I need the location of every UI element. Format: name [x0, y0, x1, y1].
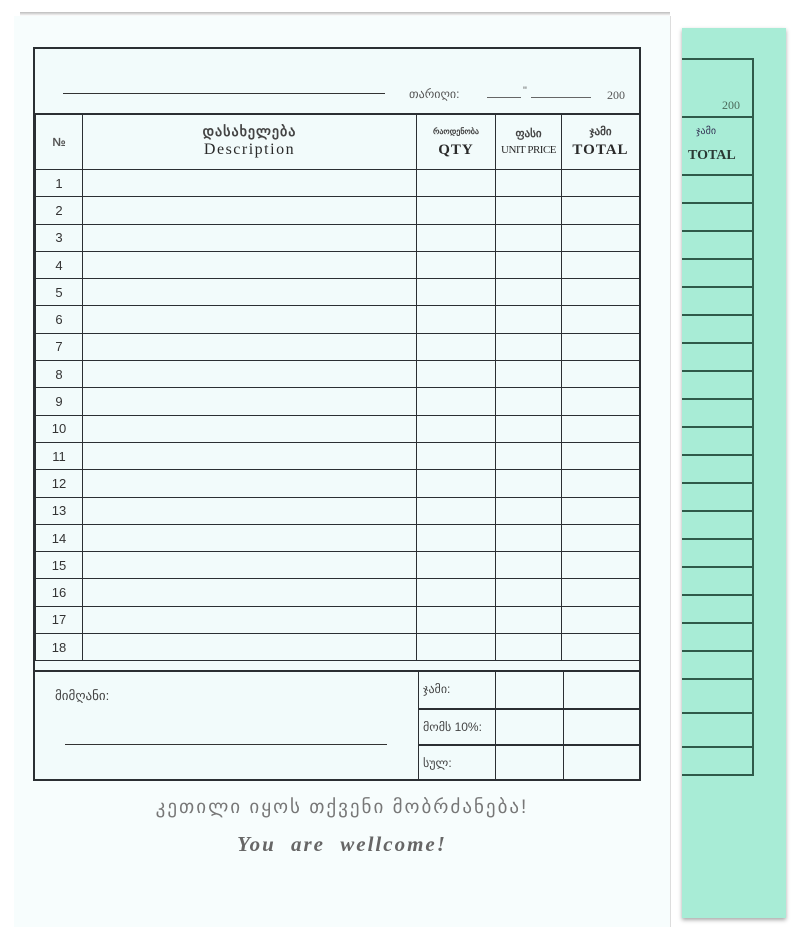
description-cell[interactable]: [83, 170, 417, 197]
unit-price-cell[interactable]: [496, 606, 562, 633]
unit-price-cell[interactable]: [496, 197, 562, 224]
copy-row-line: [682, 650, 754, 652]
description-cell[interactable]: [83, 224, 417, 251]
row-number: 4: [36, 251, 83, 278]
qty-geo-label: რაოდენობა: [417, 125, 495, 139]
table-row: 17: [36, 606, 640, 633]
total-cell[interactable]: [562, 470, 640, 497]
total-en-label: TOTAL: [562, 142, 639, 159]
row-number: 3: [36, 224, 83, 251]
qty-cell[interactable]: [417, 251, 496, 278]
table-row: 7: [36, 333, 640, 360]
unit-price-geo-label: ფასი: [496, 127, 561, 141]
total-cell[interactable]: [562, 442, 640, 469]
slogan-english: You are wellcome!: [0, 832, 684, 857]
qty-cell[interactable]: [417, 579, 496, 606]
table-header-row: № დასახელება Description რაოდენობა QTY ფ…: [36, 114, 640, 170]
qty-cell[interactable]: [417, 333, 496, 360]
date-year-prefix: 200: [607, 88, 625, 103]
subtotal-label: ჯამი:: [423, 682, 450, 696]
customer-name-line[interactable]: [63, 93, 385, 94]
description-cell[interactable]: [83, 415, 417, 442]
qty-cell[interactable]: [417, 524, 496, 551]
table-row: 4: [36, 251, 640, 278]
table-row: 13: [36, 497, 640, 524]
summary-row-subtotal: ჯამი:: [418, 672, 639, 708]
subtotal-cell-1[interactable]: [495, 672, 563, 708]
description-cell[interactable]: [83, 361, 417, 388]
qty-cell[interactable]: [417, 552, 496, 579]
table-row: 6: [36, 306, 640, 333]
copy-row-line: [682, 594, 754, 596]
receiver-signature-line[interactable]: [65, 744, 387, 745]
total-cell[interactable]: [562, 552, 640, 579]
copy-row-line: [682, 174, 754, 176]
total-geo-label: ჯამი: [562, 125, 639, 139]
column-header-total: ჯამი TOTAL: [562, 114, 640, 170]
qty-cell[interactable]: [417, 306, 496, 333]
description-cell[interactable]: [83, 552, 417, 579]
summary-box: ჯამი: მომს 10%: სულ:: [418, 672, 639, 779]
description-cell[interactable]: [83, 606, 417, 633]
total-cell[interactable]: [562, 634, 640, 661]
total-cell[interactable]: [562, 224, 640, 251]
table-row: 14: [36, 524, 640, 551]
description-cell[interactable]: [83, 197, 417, 224]
row-number: 10: [36, 415, 83, 442]
vat-cell-2[interactable]: [563, 710, 640, 744]
description-cell[interactable]: [83, 470, 417, 497]
row-number: 13: [36, 497, 83, 524]
row-number: 18: [36, 634, 83, 661]
description-cell[interactable]: [83, 524, 417, 551]
total-cell[interactable]: [562, 606, 640, 633]
table-row: 12: [36, 470, 640, 497]
table-row: 16: [36, 579, 640, 606]
row-number: 6: [36, 306, 83, 333]
copy-row-line: [682, 482, 754, 484]
column-header-unit-price: ფასი UNIT PRICE: [496, 114, 562, 170]
copy-row-line: [682, 510, 754, 512]
qty-cell[interactable]: [417, 606, 496, 633]
qty-cell[interactable]: [417, 634, 496, 661]
unit-price-cell[interactable]: [496, 388, 562, 415]
qty-cell[interactable]: [417, 197, 496, 224]
qty-cell[interactable]: [417, 279, 496, 306]
summary-row-grand-total: სულ:: [418, 744, 639, 780]
invoice-form: თარიღი: " 200 № დასახელება Description რ…: [33, 47, 641, 781]
unit-price-cell[interactable]: [496, 361, 562, 388]
table-row: 8: [36, 361, 640, 388]
invoice-footer: მიმღანი: ჯამი: მომს 10%: სულ:: [35, 670, 639, 779]
copy-row-line: [682, 370, 754, 372]
table-row: 15: [36, 552, 640, 579]
copy-row-line: [682, 202, 754, 204]
description-cell[interactable]: [83, 279, 417, 306]
description-cell[interactable]: [83, 306, 417, 333]
column-header-number: №: [36, 114, 83, 170]
total-cell[interactable]: [562, 388, 640, 415]
row-number: 7: [36, 333, 83, 360]
table-row: 18: [36, 634, 640, 661]
table-row: 3: [36, 224, 640, 251]
vat-cell-1[interactable]: [495, 710, 563, 744]
table-row: 10: [36, 415, 640, 442]
description-cell[interactable]: [83, 579, 417, 606]
description-cell[interactable]: [83, 388, 417, 415]
column-header-qty: რაოდენობა QTY: [417, 114, 496, 170]
description-geo-label: დასახელება: [83, 124, 416, 138]
total-cell[interactable]: [562, 524, 640, 551]
unit-price-en-label: UNIT PRICE: [496, 144, 561, 156]
description-cell[interactable]: [83, 251, 417, 278]
copy-total-en: TOTAL: [688, 148, 736, 164]
date-day-blank[interactable]: [487, 97, 521, 98]
description-cell[interactable]: [83, 497, 417, 524]
unit-price-cell[interactable]: [496, 524, 562, 551]
unit-price-cell[interactable]: [496, 442, 562, 469]
date-label: თარიღი:: [409, 87, 459, 101]
row-number: 16: [36, 579, 83, 606]
receiver-label: მიმღანი:: [55, 688, 109, 704]
unit-price-cell[interactable]: [496, 251, 562, 278]
copy-row-line: [682, 342, 754, 344]
row-number: 9: [36, 388, 83, 415]
qty-en-label: QTY: [417, 142, 495, 159]
description-cell[interactable]: [83, 333, 417, 360]
row-number: 1: [36, 170, 83, 197]
total-cell[interactable]: [562, 415, 640, 442]
table-row: 2: [36, 197, 640, 224]
grand-total-cell-1[interactable]: [495, 746, 563, 780]
copy-row-line: [682, 286, 754, 288]
unit-price-cell[interactable]: [496, 170, 562, 197]
copy-row-line: [682, 230, 754, 232]
qty-cell[interactable]: [417, 224, 496, 251]
total-cell[interactable]: [562, 333, 640, 360]
date-month-blank[interactable]: [531, 97, 591, 98]
qty-cell[interactable]: [417, 361, 496, 388]
row-number: 5: [36, 279, 83, 306]
unit-price-cell[interactable]: [496, 333, 562, 360]
grand-total-cell-2[interactable]: [563, 746, 640, 780]
qty-cell[interactable]: [417, 497, 496, 524]
row-number: 17: [36, 606, 83, 633]
vat-label: მომს 10%:: [423, 720, 482, 734]
row-number: 8: [36, 361, 83, 388]
invoice-header: თარიღი: " 200: [35, 49, 639, 115]
table-row: 9: [36, 388, 640, 415]
description-cell[interactable]: [83, 442, 417, 469]
copy-year-prefix: 200: [722, 98, 740, 113]
total-cell[interactable]: [562, 361, 640, 388]
qty-cell[interactable]: [417, 442, 496, 469]
summary-row-vat: მომს 10%:: [418, 708, 639, 744]
column-header-description: დასახელება Description: [83, 114, 417, 170]
unit-price-cell[interactable]: [496, 634, 562, 661]
unit-price-cell[interactable]: [496, 279, 562, 306]
number-sign: №: [52, 135, 65, 149]
copy-row-line: [682, 454, 754, 456]
unit-price-cell[interactable]: [496, 470, 562, 497]
qty-cell[interactable]: [417, 170, 496, 197]
unit-price-cell[interactable]: [496, 497, 562, 524]
total-cell[interactable]: [562, 579, 640, 606]
copy-row-line: [682, 746, 754, 748]
copy-row-line: [682, 258, 754, 260]
total-cell[interactable]: [562, 279, 640, 306]
total-cell[interactable]: [562, 197, 640, 224]
unit-price-cell[interactable]: [496, 579, 562, 606]
grand-total-label: სულ:: [423, 756, 452, 770]
row-number: 2: [36, 197, 83, 224]
copy-row-line: [682, 398, 754, 400]
copy-row-line: [682, 622, 754, 624]
copy-row-line: [682, 712, 754, 714]
copy-total-geo: ჯამი: [696, 126, 716, 137]
copy-row-line: [682, 538, 754, 540]
date-quote-mark: ": [523, 85, 527, 97]
unit-price-cell[interactable]: [496, 306, 562, 333]
qty-cell[interactable]: [417, 415, 496, 442]
unit-price-cell[interactable]: [496, 552, 562, 579]
row-number: 14: [36, 524, 83, 551]
items-table: № დასახელება Description რაოდენობა QTY ფ…: [35, 113, 640, 661]
unit-price-cell[interactable]: [496, 415, 562, 442]
qty-cell[interactable]: [417, 470, 496, 497]
table-row: 5: [36, 279, 640, 306]
copy-row-line: [682, 678, 754, 680]
copy-header-divider: [682, 116, 754, 118]
table-row: 1: [36, 170, 640, 197]
description-en-label: Description: [83, 141, 416, 159]
total-cell[interactable]: [562, 170, 640, 197]
row-number: 11: [36, 442, 83, 469]
copy-row-line: [682, 426, 754, 428]
copy-sheet-border: [682, 58, 754, 776]
total-cell[interactable]: [562, 251, 640, 278]
row-number: 15: [36, 552, 83, 579]
copy-row-line: [682, 314, 754, 316]
row-number: 12: [36, 470, 83, 497]
qty-cell[interactable]: [417, 388, 496, 415]
copy-row-line: [682, 566, 754, 568]
table-row: 11: [36, 442, 640, 469]
carbon-copy-sheet: 200 ჯამი TOTAL: [682, 28, 786, 918]
total-cell[interactable]: [562, 306, 640, 333]
slogan-georgian: კეთილი იყოს თქვენი მობრძანება!: [0, 796, 684, 819]
description-cell[interactable]: [83, 634, 417, 661]
unit-price-cell[interactable]: [496, 224, 562, 251]
subtotal-cell-2[interactable]: [563, 672, 640, 708]
total-cell[interactable]: [562, 497, 640, 524]
